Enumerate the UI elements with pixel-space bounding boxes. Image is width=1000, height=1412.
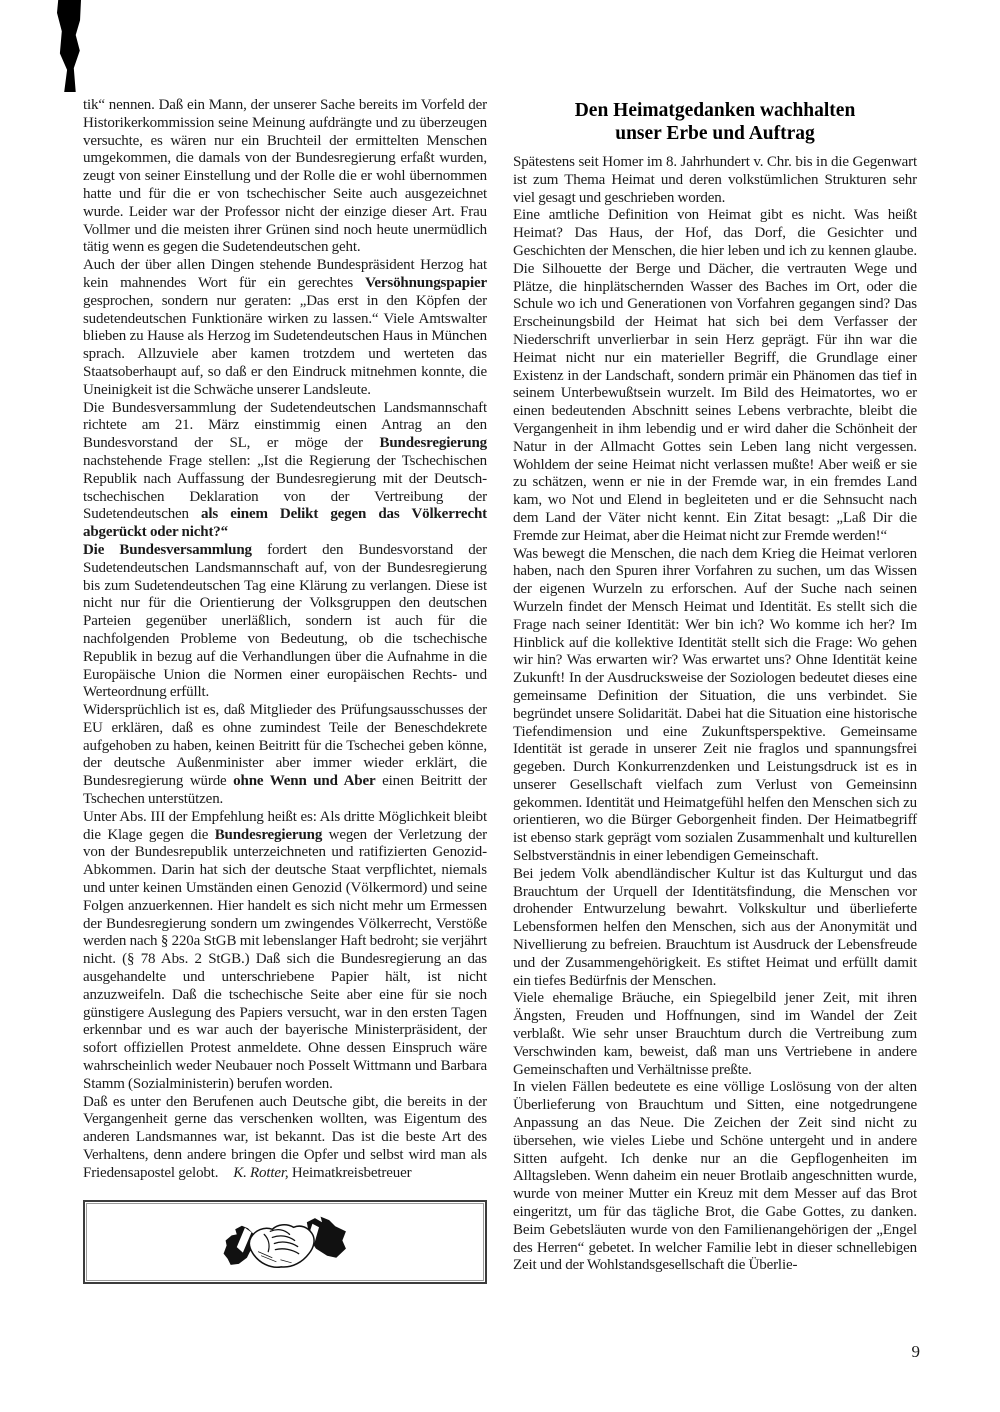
paragraph: Auch der über allen Dingen stehende Bund… — [83, 257, 487, 399]
left-column: tik“ nennen. Daß ein Mann, der unserer S… — [83, 97, 487, 1412]
paragraph: In vielen Fällen bedeutete es eine völli… — [513, 1079, 917, 1275]
document-page: tik“ nennen. Daß ein Mann, der unserer S… — [0, 0, 1000, 1412]
paragraph: Die Bundesversammlung der Sudetendeutsch… — [83, 400, 487, 542]
paragraph: Die Bundesversammlung fordert den Bundes… — [83, 542, 487, 702]
paragraph: Bei jedem Volk abendländischer Kultur is… — [513, 866, 917, 991]
left-column-text: tik“ nennen. Daß ein Mann, der unserer S… — [83, 97, 487, 1183]
paragraph: Spätestens seit Homer im 8. Jahrhundert … — [513, 154, 917, 207]
page-number: 9 — [912, 1342, 921, 1362]
paragraph: Viele ehemalige Bräuche, ein Spiegelbild… — [513, 990, 917, 1079]
article-title: Den Heimatgedanken wachhalten unser Erbe… — [513, 99, 917, 145]
handshake-icon — [221, 1209, 349, 1275]
paragraph: Eine amtliche Definition von Heimat gibt… — [513, 207, 917, 545]
paragraph: Was bewegt die Menschen, die nach dem Kr… — [513, 546, 917, 866]
handshake-figure-box — [83, 1200, 487, 1284]
paragraph: tik“ nennen. Daß ein Mann, der unserer S… — [83, 97, 487, 257]
right-column: Den Heimatgedanken wachhalten unser Erbe… — [513, 97, 917, 1412]
right-column-text: Spätestens seit Homer im 8. Jahrhundert … — [513, 154, 917, 1275]
paragraph: Unter Abs. III der Empfehlung heißt es: … — [83, 809, 487, 1094]
paragraph: Widersprüchlich ist es, daß Mitglieder d… — [83, 702, 487, 809]
paragraph: Daß es unter den Berufenen auch Deutsche… — [83, 1094, 487, 1183]
article-title-line1: Den Heimatgedanken wachhalten — [513, 99, 917, 122]
article-title-line2: unser Erbe und Auftrag — [513, 122, 917, 145]
